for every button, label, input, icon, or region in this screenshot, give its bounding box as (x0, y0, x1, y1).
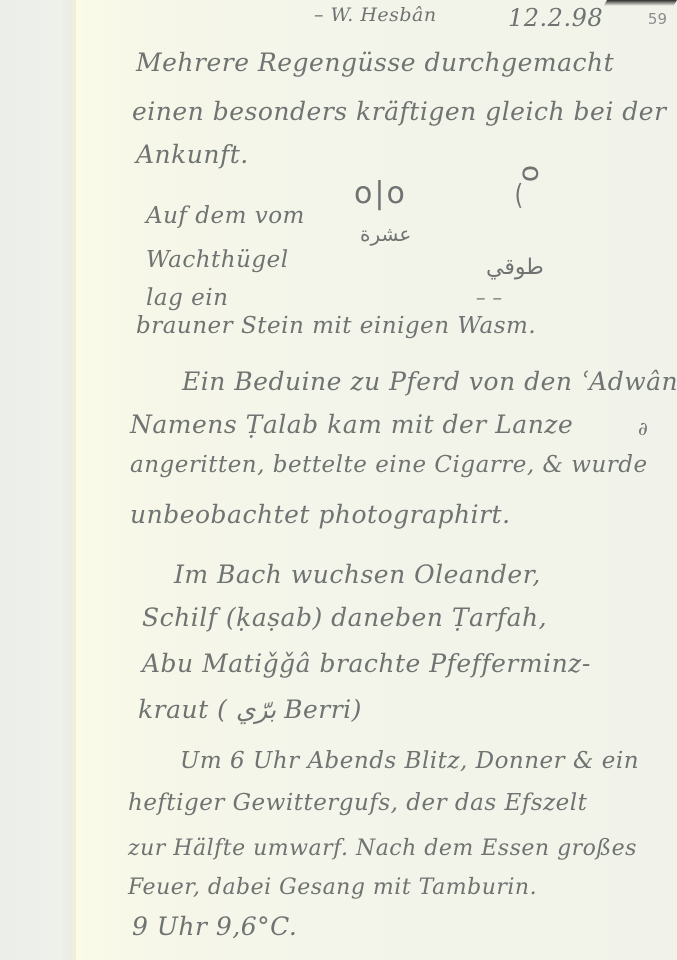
text-line: Im Bach wuchsen Oleander, (174, 560, 541, 589)
marks-below-arabic: – – (476, 287, 503, 309)
text-line: Um 6 Uhr Abends Blitz, Donner & ein (180, 748, 639, 774)
text-line: Schilf (ḳaṣab) daneben Ṭarfah, (142, 603, 547, 632)
header-place: – W. Hesbân (314, 4, 437, 26)
text-line: zur Hälfte umwarf. Nach dem Essen großes (128, 836, 637, 861)
arabic-word-1: عشرة (360, 222, 411, 246)
header-date: 12.2.98 (508, 4, 603, 32)
text-line: Feuer, dabei Gesang mit Tamburin. (128, 875, 537, 900)
text-line: 9 Uhr 9,6°C. (132, 912, 297, 941)
margin-mark: ∂ (638, 418, 648, 440)
wasm-symbol-2: o‿ (516, 165, 549, 209)
wasm-symbol-1: o|o (354, 176, 407, 211)
facing-page (0, 0, 74, 960)
text-line: Ein Beduine zu Pferd von den ʿAdwân (182, 367, 677, 396)
text-line: brauner Stein mit einigen Wasm. (136, 313, 536, 339)
notebook-page: – W. Hesbân 12.2.98 59 Mehrere Regengüss… (76, 0, 677, 960)
text-line: Abu Matiǧǧâ brachte Pfefferminz- (142, 649, 591, 678)
page-number: 59 (648, 10, 667, 28)
text-line: Auf dem vom (146, 203, 305, 229)
text-line: kraut ( برّي Berri) (138, 695, 362, 724)
text-line: lag ein (146, 285, 228, 311)
text-line: angeritten, bettelte eine Cigarre, & wur… (130, 452, 648, 478)
text-line: Mehrere Regengüsse durchgemacht (136, 48, 614, 77)
text-line: Wachthügel (146, 247, 289, 273)
text-line: Namens Ṭalab kam mit der Lanze (130, 410, 573, 439)
text-line: unbeobachtet photographirt. (130, 500, 511, 529)
text-line: Ankunft. (136, 140, 249, 169)
page-edge-shadow (604, 0, 677, 6)
arabic-word-2: طوقي (486, 255, 544, 280)
text-line: einen besonders kräftigen gleich bei der (132, 97, 667, 126)
text-line: heftiger Gewittergufs, der das Efszelt (128, 790, 587, 816)
